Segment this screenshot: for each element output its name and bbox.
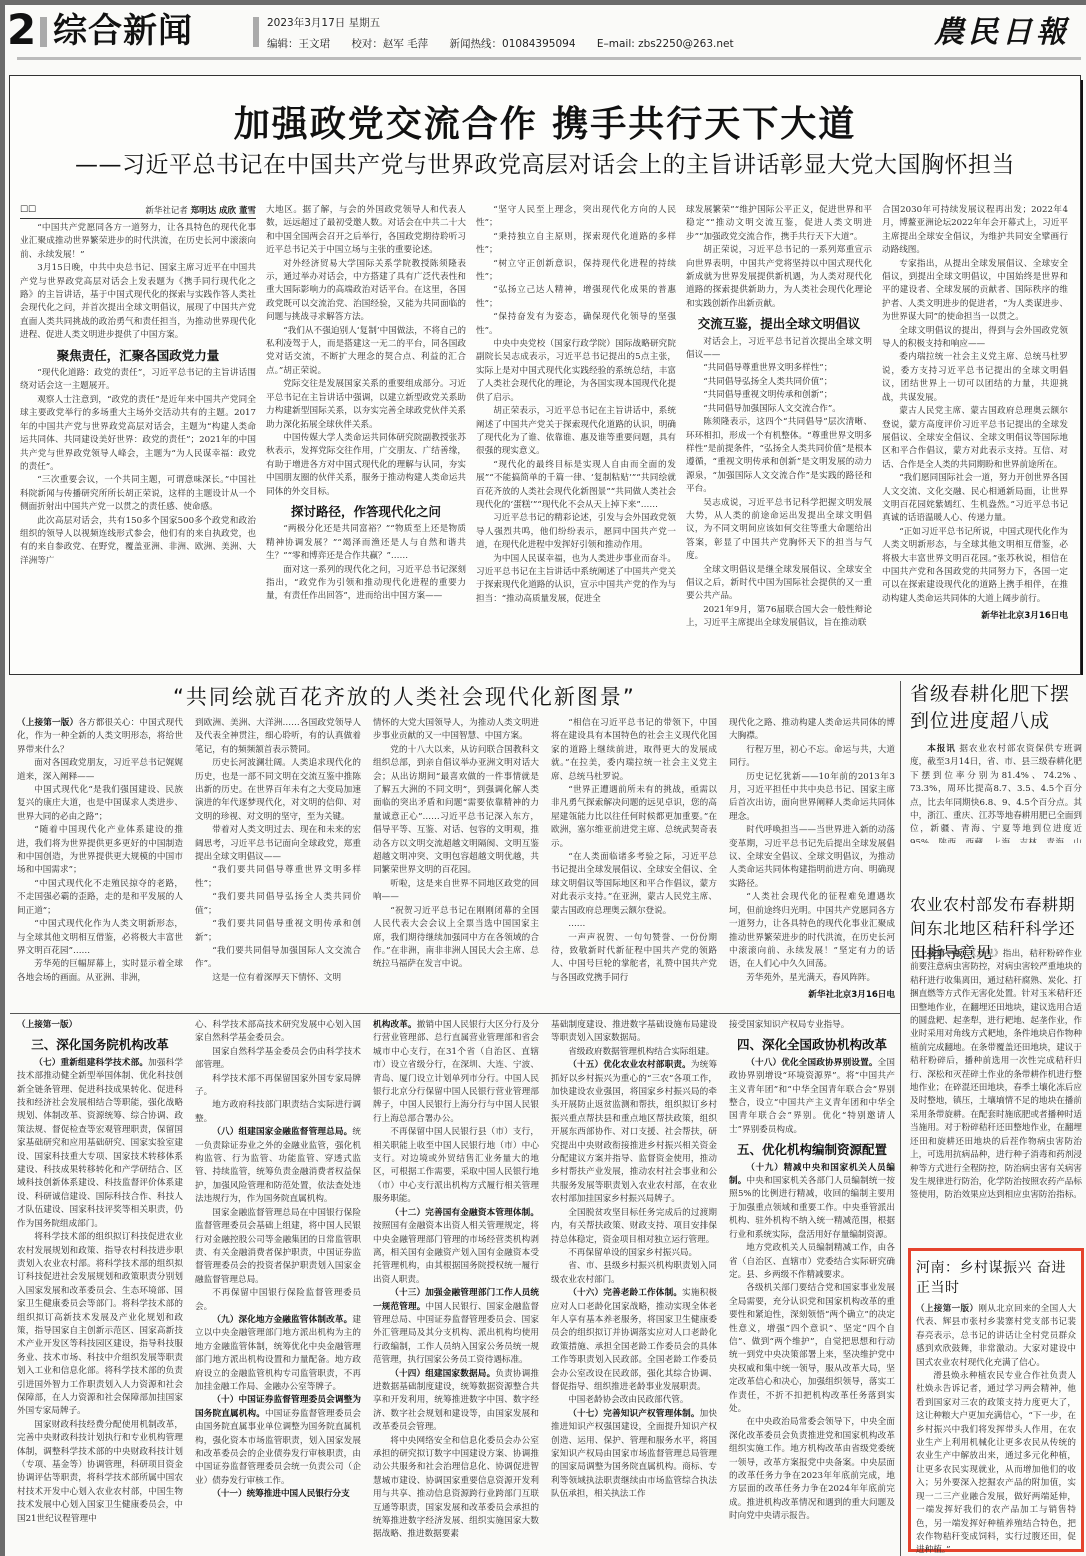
- clause-label: （十二）完善国有金融资本管理体制。: [390, 1208, 539, 1218]
- lead-subheadline: ——习近平总书记在中国共产党与世界政党高层对话会上的主旨讲话彰显大党大国胸怀担当: [10, 146, 1080, 179]
- paragraph: “保持奋发有为姿态，确保现代化领导的坚强性”。: [476, 311, 676, 338]
- paragraph: 据农业农村部农资保供专班调度，截至3月14日，省、市、县三级春耕化肥下摆到位率分…: [910, 744, 1082, 843]
- continued-label: （上接第一版）: [910, 949, 972, 959]
- paragraph: 历史长河波澜壮阔。人类追求现代化的历史，也是一部不同文明在交流互鉴中推陈出新的历…: [195, 757, 361, 824]
- paragraph: “祝贺习近平总书记在刚刚闭幕的全国人民代表大会会议上全票当选中国国家主席，我们期…: [373, 905, 539, 972]
- paragraph: 2021年9月，第76届联合国大会一般性辩论上，习近平主席提出全球发展倡议，旨在…: [686, 604, 872, 631]
- paragraph: “共同倡导尊重世界文明多样性”；: [686, 362, 872, 375]
- news-hotline: 新闻热线：01084395094: [450, 38, 576, 50]
- paragraph: 加快推进知识产权强国建设，全面提升知识产权创造、运用、保护、管理和服务水平，将国…: [551, 1409, 717, 1499]
- highlighted-article[interactable]: 河南：乡村谋振兴 奋进正当时 （上接第一版）刚从北京回来的全国人大代表、辉县市张…: [908, 1248, 1084, 1552]
- section-title: 综合新闻: [53, 11, 193, 51]
- subheading: 四、深化全国政协机构改革: [729, 1038, 895, 1051]
- clause-label: 机构改革。: [373, 1020, 417, 1030]
- paragraph: 《意见》指出，秸秆粉碎作业前要注意病虫害防控，对病虫害较严重地块的秸秆进行收集离…: [910, 949, 1082, 1200]
- paragraph: 现代化之路、推动构建人类命运共同体的博大胸襟。: [729, 717, 895, 744]
- paragraph: “共同倡导加强国际人文交流合作”。: [686, 403, 872, 416]
- sidebar-story-straw: （上接第一版）《意见》指出，秸秆粉碎作业前要注意病虫害防控，对病虫害较严重地块的…: [910, 948, 1082, 1240]
- clause-label: （十七）完善知识产权管理体制。: [568, 1409, 699, 1419]
- continued-label: （上接第一版）: [17, 1020, 77, 1030]
- divider-bar: [40, 17, 47, 47]
- paragraph: 中国式现代化“是我们强国建设、民族复兴的康庄大道，也是中国谋求人类进步、世界大同…: [17, 784, 183, 824]
- paragraph: 中国老龄协会改由民政部代管。: [551, 1394, 717, 1407]
- paragraph: “我们从不强迫别人‘复制’中国做法，不将自己的私利凌驾于人，而是搭建这一无二的平…: [266, 325, 466, 379]
- column-divider: [900, 681, 901, 1556]
- paragraph: 胡正荣表示，习近平总书记在主旨讲话中，系统阐述了中国共产党关于探索现代化道路的认…: [476, 405, 676, 459]
- story2-column-3: 情怀的大党大国领导人，为推动人类文明进步事业贡献的又一中国智慧、中国方案。 党的…: [373, 717, 539, 1005]
- story3-column-3: 机构改革。撤销中国人民银行大区分行及分行营业管理部、总行直属营业管理部和省会城市…: [373, 1019, 539, 1556]
- paragraph: 不再保留中国人民银行县（市）支行，相关职能上收至中国人民银行地（市）中心支行。对…: [373, 1126, 539, 1206]
- continued-label: （上接第一版）: [916, 1304, 978, 1314]
- paragraph: “在人类面临诸多考验之际，习近平总书记提出全球发展倡议、全球安全倡议、全球文明倡…: [551, 851, 717, 918]
- byline-agency: 新华社记者: [145, 206, 188, 216]
- paragraph: 党的十八大以来，从访问联合国教科文组织总部，到亲自倡议举办亚洲文明对话大会；从出…: [373, 744, 539, 878]
- paragraph: 科学技术部不再保留国家外国专家局牌子。: [195, 1073, 361, 1100]
- paragraph: 中国传媒大学人类命运共同体研究院副教授张苏秋表示，发挥党际交往作用，广交朋友、广…: [266, 432, 466, 499]
- story3-column-2: 心、科学技术部高技术研究发展中心划入国家自然科学基金委员会。 国家自然科学基金委…: [195, 1019, 361, 1556]
- lead-column-3: “坚守人民至上理念，突出现代化方向的人民性”； “秉持独立自主原则，探索现代化道…: [476, 204, 676, 664]
- story2-column-1: （上接第一版）各方都很关心：中国式现代化，作为一种全新的人类文明形态，将给世界带…: [17, 717, 183, 1005]
- paragraph: 加强科学技术部推动健全新型举国体制、优化科技创新全链条管理、促进科技成果转化、促…: [17, 1058, 183, 1229]
- paragraph: 国家自然科学基金委员会仍由科学技术部管理。: [195, 1046, 361, 1073]
- paragraph: “坚守人民至上理念，突出现代化方向的人民性”；: [476, 204, 676, 231]
- paragraph: 建立以中央金融管理部门地方派出机构为主的地方金融监管体制，统筹优化中央金融管理部…: [195, 1315, 361, 1392]
- paragraph: “秉持独立自主原则，探索现代化道路的多样性”；: [476, 231, 676, 258]
- paragraph: 在中央政治局常委会领导下，中央全面深化改革委员会负责推进党和国家机构改革组织实施…: [729, 1416, 895, 1523]
- paragraph: 胡正荣说，习近平总书记的一系列郑重宣示向世界表明，中国共产党将坚持以中国式现代化…: [686, 244, 872, 311]
- newspaper-logo: 農民日報: [934, 7, 1070, 51]
- paragraph: 全球文明倡议是继全球发展倡议、全球安全倡议之后，新时代中国为国际社会提供的又一重…: [686, 564, 872, 604]
- paragraph: 观察人士注意到，“政党的责任”是近年来中国共产党同全球主要政党举行的多场重大主场…: [20, 394, 256, 474]
- paragraph: 时代呼唤担当——当世界进入新的动荡变革期，习近平总书记先后提出全球发展倡议、全球…: [729, 824, 895, 891]
- masthead-rule: [17, 57, 1081, 60]
- paragraph: ……: [551, 918, 717, 931]
- paragraph: 党际交往是发展国家关系的重要组成部分。习近平总书记在主旨讲话中强调，以建立新型政…: [266, 378, 466, 432]
- paragraph: 将科学技术部的组织拟订科技促进农业农村发展规划和政策、指导农村科技进步职责划入农…: [17, 1231, 183, 1419]
- paragraph: 各级机关部门要结合党和国家事业发展全局需要，充分认识党和国家机构改革的重要性和紧…: [729, 1282, 895, 1416]
- paragraph: 情怀的大党大国领导人，为推动人类文明进步事业贡献的又一中国智慧、中国方案。: [373, 717, 539, 744]
- paragraph: 接受国家知识产权局专业指导。: [729, 1019, 895, 1032]
- paragraph: 地方党政机关人员编制精减工作，由各省（自治区、直辖市）党委结合实际研究确定。县、…: [729, 1242, 895, 1282]
- paragraph: 心、科学技术部高技术研究发展中心划入国家自然科学基金委员会。: [195, 1019, 361, 1046]
- paragraph: “正如习近平总书记所说，中国式现代化作为人类文明新形态，与全球其他文明相互借鉴，…: [882, 526, 1068, 606]
- paragraph: “中国式现代化不走殖民掠夺的老路，不走国强必霸的歪路，走的是和平发展的人间正道”…: [17, 878, 183, 918]
- story3-column-4: 基础制度建设、推进数字基础设施布局建设等职责划入国家数据局。 省级政府数据管理机…: [551, 1019, 717, 1556]
- paragraph: 基础制度建设、推进数字基础设施布局建设等职责划入国家数据局。: [551, 1019, 717, 1046]
- paragraph: 带着对人类文明过去、现在和未来的宏阔思考，习近平总书记面向全球政党，郑重提出全球…: [195, 824, 361, 864]
- paragraph: “三次重要会议，一个共同主题，可谓意味深长。”中国社科院新闻与传播研究所所长胡正…: [20, 474, 256, 514]
- paragraph: 芳华苑的巨幅屏幕上，实时显示着全球各地会场的画面。从亚洲、非洲，: [17, 958, 183, 985]
- subheading: 交流互鉴，提出全球文明倡议: [686, 317, 872, 330]
- byline: □□ 新华社记者 郑明达 成欣 董雪: [20, 204, 256, 219]
- paragraph: 蒙古人民党主席、蒙古国政府总理奥云额尔登说，蒙方高度评价习近平总书记提出的全球发…: [882, 405, 1068, 472]
- editorial-info: 编辑：王文珺 校对：赵军 毛萍 新闻热线：01084395094 E–mail:…: [267, 36, 752, 51]
- divider-bar: [253, 17, 259, 47]
- email[interactable]: E–mail: zbs2250@263.net: [597, 38, 734, 50]
- paragraph: 滑县焕永种植农民专业合作社负责人杜焕永告诉记者，通过学习两会精神，他看到国家对三…: [916, 1370, 1076, 1556]
- subheading: 聚焦责任，汇聚各国政党力量: [20, 349, 256, 362]
- paragraph: 全国脱贫攻坚目标任务完成后的过渡期内，有关帮扶政策、财政支持、项目安排保持总体稳…: [551, 1207, 717, 1247]
- lead-column-1: “中国共产党愿同各方一道努力，让各具特色的现代化事业汇聚成推动世界繁荣进步的时代…: [20, 222, 256, 662]
- paragraph: 历史记忆犹新——10年前的2013年3月，习近平担任中共中央总书记、国家主席后首…: [729, 771, 895, 825]
- paragraph: 中央中央党校（国家行政学院）国际战略研究院副院长吴志成表示，习近平总书记提出的5…: [476, 338, 676, 405]
- paragraph: 陈须隆表示，这四个“共同倡导”层次清晰、环环相扣，形成一个有机整体。“尊重世界文…: [686, 416, 872, 496]
- clause-label: （七）重新组建科学技术部。: [34, 1058, 148, 1068]
- paragraph: 专家指出，从提出全球发展倡议、全球安全倡议，到提出全球文明倡议，中国始终是世界和…: [882, 258, 1068, 325]
- byline-box: □□: [20, 204, 36, 216]
- paragraph: “我们愿同国际社会一道，努力开创世界各国人文交流、文化交融、民心相通新局面，让世…: [882, 472, 1068, 526]
- paragraph: 大地区。据了解，与会的外国政党领导人和代表人数，远远超过了最初受邀人数。对话会在…: [266, 204, 466, 258]
- paragraph: “两极分化还是共同富裕？”“物质至上还是物质精神协调发展？”“竭泽而渔还是人与自…: [266, 523, 466, 563]
- sidebar-story-fertilizer: 本报讯 据农业农村部农资保供专班调度，截至3月14日，省、市、县三级春耕化肥下摆…: [910, 743, 1082, 843]
- paragraph: 面对各国政党朋友，习近平总书记娓娓道来，深入阐释——: [17, 757, 183, 784]
- story2-headline: “共同绘就百花齐放的人类社会现代化新图景”: [173, 681, 636, 711]
- masthead: 2 综合新闻 2023年3月17日 星期五 编辑：王文珺 校对：赵军 毛萍 新闻…: [5, 5, 1086, 55]
- editor: 编辑：王文珺: [267, 38, 330, 50]
- paragraph: 为统筹抓好以乡村振兴为重心的“三农”各项工作，加快建设农业强国，将国家乡村振兴局…: [551, 1060, 717, 1204]
- lead-column-5: 合国2030年可持续发展议程再出发；2022年4月，博鳌亚洲论坛2022年年会开…: [882, 204, 1068, 664]
- paragraph: 对话会上，习近平总书记首次提出全球文明倡议——: [686, 336, 872, 363]
- paragraph: “我们要共同倡导重视文明传承和创新”；: [195, 918, 361, 945]
- story3-column-5: 接受国家知识产权局专业指导。 四、深化全国政协机构改革 （十八）优化全国政协界别…: [729, 1019, 895, 1556]
- paragraph: 到欧洲、美洲、大洋洲……各国政党领导人及代表全神贯注，细心聆听，有的认真做着笔记…: [195, 717, 361, 757]
- paragraph: 按照国有金融资本出资人相关管理规定，将中央金融管理部门管理的市场经营类机构剥离，…: [373, 1221, 539, 1285]
- paragraph: 3月15日晚，中共中央总书记、国家主席习近平在中国共产党与世界政党高层对话会上发…: [20, 262, 256, 342]
- lead-column-2: 大地区。据了解，与会的外国政党领导人和代表人数，远远超过了最初受邀人数。对话会在…: [266, 204, 466, 664]
- story2-column-4: “相信在习近平总书记的带领下，中国将在建设具有本国特色的社会主义现代化国家的道路…: [551, 717, 717, 1005]
- paragraph: 不再保留中国银行保险监督管理委员会。: [195, 1287, 361, 1314]
- section-divider: [10, 1013, 900, 1014]
- newspaper-page: 2 综合新闻 2023年3月17日 星期五 编辑：王文珺 校对：赵军 毛萍 新闻…: [5, 5, 1086, 1556]
- lead-headline: 加强政党交流合作 携手共行天下大道: [10, 96, 1080, 147]
- lead-story-box: 加强政党交流合作 携手共行天下大道 ——习近平总书记在中国共产党与世界政党高层对…: [9, 75, 1081, 675]
- paragraph: “我们要共同倡导尊重世界文明多样性”；: [195, 864, 361, 891]
- paragraph: “世界正遭遇前所未有的挑战，亟需以非凡勇气探索解决问题的远见卓识，您的高屋建瓴能…: [551, 784, 717, 851]
- paragraph: 国家财政科技经费分配使用机制改革，完善中央财政科技计划执行和专业机构管理体制，调…: [17, 1419, 183, 1526]
- clause-label: （十一）统筹推进中国人民银行分支: [195, 1488, 361, 1501]
- issue-date: 2023年3月17日 星期五: [267, 15, 380, 30]
- clause-label: （十四）组建国家数据局。: [390, 1369, 495, 1379]
- dateline: 新华社北京3月16日电: [729, 989, 895, 1002]
- paragraph: 全球文明倡议的提出，得到与会外国政党领导人的积极支持和响应——: [882, 325, 1068, 352]
- paragraph: “我们要共同倡导弘扬全人类共同价值”；: [195, 891, 361, 918]
- paragraph: 省、市、县级乡村振兴机构职责划入同级农业农村部门。: [551, 1260, 717, 1287]
- paragraph: “现代化的最终目标是实现人自由而全面的发展”“不能搞简单的千篇一律、‘复制粘贴’…: [476, 459, 676, 513]
- paragraph: 地方政府科技部门职责结合实际进行调整。: [195, 1099, 361, 1126]
- sidebar-headline-fertilizer: 省级春耕化肥下摆到位进度超八成: [910, 681, 1086, 735]
- page-number: 2: [7, 7, 36, 53]
- paragraph: “中国共产党愿同各方一道努力，让各具特色的现代化事业汇聚成推动世界繁荣进步的时代…: [20, 222, 256, 262]
- paragraph: 国家金融监督管理总局在中国银行保险监督管理委员会基础上组建，将中国人民银行对金融…: [195, 1207, 361, 1287]
- clause-label: （十五）优化农业农村部职责。: [568, 1060, 691, 1070]
- paragraph: 中国证券监督管理委员会由国务院直属事业单位调整为国务院直属机构，强化资本市场监管…: [195, 1409, 361, 1486]
- paragraph: 球发展繁荣”“维护国际公平正义，促进世界和平稳定”“推动文明交流互鉴，促进人类文…: [686, 204, 872, 244]
- subheading: 三、深化国务院机构改革: [17, 1038, 183, 1051]
- clause-label: （九）深化地方金融监管体制改革。: [212, 1315, 352, 1325]
- clause-label: （十八）优化全国政协界别设置。: [746, 1058, 877, 1068]
- paragraph: 中央和国家机关各部门人员编制统一按照5%的比例进行精减，收回的编制主要用于加强重…: [729, 1176, 895, 1240]
- paragraph: 不再保留单设的国家乡村振兴局。: [551, 1247, 717, 1260]
- paragraph: “共同倡导弘扬全人类共同价值”；: [686, 376, 872, 389]
- paragraph: 吴志成说，习近平总书记科学把握文明发展大势，从人类的前途命运出发提出全球文明倡议…: [686, 497, 872, 564]
- paragraph: 对外经济贸易大学国际关系学院教授陈须隆表示，通过举办对话会，中方搭建了具有广泛代…: [266, 258, 466, 325]
- byline-authors: 郑明达 成欣 董雪: [191, 206, 256, 216]
- lead-column-4: 球发展繁荣”“维护国际公平正义，促进世界和平稳定”“推动文明交流互鉴，促进人类文…: [686, 204, 872, 664]
- paragraph: 一声声祝贺、一句句赞誉、一份份期待，致敬新时代新征程中国共产党的领路人、中国号巨…: [551, 932, 717, 986]
- report-label: 本报讯: [927, 744, 956, 754]
- clause-label: （八）组建国家金融监督管理总局。: [212, 1127, 352, 1137]
- clause-label: （十六）完善老龄工作体制。: [568, 1288, 682, 1298]
- paragraph: 统一负责除证券业之外的金融业监管，强化机构监管、行为监管、功能监管、穿透式监管、…: [195, 1127, 361, 1204]
- paragraph: 此次高层对话会，共有150多个国家500多个政党和政治组织的领导人以视频连线形式…: [20, 515, 256, 569]
- paragraph: “中国式现代化作为人类文明新形态，与全球其他文明相互借鉴，必将极大丰富世界文明百…: [17, 918, 183, 958]
- paragraph: 实施积极应对人口老龄化国家战略，推动实现全体老年人享有基本养老服务，将国家卫生健…: [551, 1288, 717, 1392]
- proofreader: 校对：赵军 毛萍: [351, 38, 428, 50]
- paragraph: 习近平总书记的精彩论述，引发与会外国政党领导人强烈共鸣，他们纷纷表示，愿同中国共…: [476, 512, 676, 552]
- paragraph: 撤销中国人民银行大区分行及分行营业管理部、总行直属营业管理部和省会城市中心支行，…: [373, 1020, 539, 1124]
- paragraph: 为中国人民谋幸福，也为人类进步事业而奋斗。习近平总书记在主旨讲话中系统阐述了中国…: [476, 553, 676, 607]
- story3-column-1: （上接第一版） 三、深化国务院机构改革 （七）重新组建科学技术部。加强科学技术部…: [17, 1019, 183, 1556]
- paragraph: “树立守正创新意识，保持现代化进程的持续性”；: [476, 258, 676, 285]
- paragraph: 全国政协界别增设“环境资源界”。将“中国共产主义青年团”和“中华全国青年联合会”…: [729, 1058, 895, 1135]
- paragraph: “人类社会现代化的征程难免遭遇坎坷，但前途终归光明。中国共产党愿同各方一道努力，…: [729, 891, 895, 971]
- paragraph: “弘扬立己达人精神，增强现代化成果的普惠性”；: [476, 284, 676, 311]
- story2-column-5: 现代化之路、推动构建人类命运共同体的博大胸襟。 行程万里，初心不忘。命运与共，大…: [729, 717, 895, 1005]
- subheading: 探讨路径，作答现代化之问: [266, 505, 466, 518]
- paragraph: 将中央网络安全和信息化委员会办公室承担的研究拟订数字中国建设方案、协调推动公共服…: [373, 1435, 539, 1542]
- paragraph: 委内瑞拉统一社会主义党主席、总统马杜罗说，委方支持习近平总书记提出的全球文明倡议…: [882, 351, 1068, 405]
- paragraph: 这是一位有着深厚天下情怀、文明: [195, 972, 361, 985]
- subheading: 五、优化机构编制资源配置: [729, 1143, 895, 1156]
- paragraph: 省级政府数据管理机构结合实际组建。: [551, 1046, 717, 1059]
- paragraph: 行程万里，初心不忘。命运与共，大道同行。: [729, 744, 895, 771]
- story2-column-2: 到欧洲、美洲、大洋洲……各国政党领导人及代表全神贯注，细心聆听，有的认真做着笔记…: [195, 717, 361, 1005]
- paragraph: “相信在习近平总书记的带领下，中国将在建设具有本国特色的社会主义现代化国家的道路…: [551, 717, 717, 784]
- highlight-body: （上接第一版）刚从北京回来的全国人大代表、辉县市张村乡裴寨村党支部书记裴春亮表示…: [916, 1303, 1076, 1556]
- paragraph: 听啦，这是来自世界不同地区政党的回响——: [373, 878, 539, 905]
- dateline: 新华社北京3月16日电: [882, 610, 1068, 623]
- paragraph: “随着中国现代化产业体系建设的推进，我们将为世界提供更多更好的中国制造和中国创造…: [17, 824, 183, 878]
- paragraph: “共同倡导重视文明传承和创新”；: [686, 389, 872, 402]
- paragraph: 合国2030年可持续发展议程再出发；2022年4月，博鳌亚洲论坛2022年年会开…: [882, 204, 1068, 258]
- paragraph: “现代化道路：政党的责任”，习近平总书记的主旨讲话围绕对话会这一主题展开。: [20, 367, 256, 394]
- paragraph: 面对这一系列的现代化之问，习近平总书记深刻指出，“政党作为引领和推动现代化进程的…: [266, 564, 466, 604]
- continued-label: （上接第一版）: [17, 718, 78, 728]
- paragraph: 芳华苑外，星光满天，春风阵阵。: [729, 972, 895, 985]
- paragraph: “我们要共同倡导加强国际人文交流合作”。: [195, 945, 361, 972]
- highlight-headline: 河南：乡村谋振兴 奋进正当时: [916, 1257, 1076, 1297]
